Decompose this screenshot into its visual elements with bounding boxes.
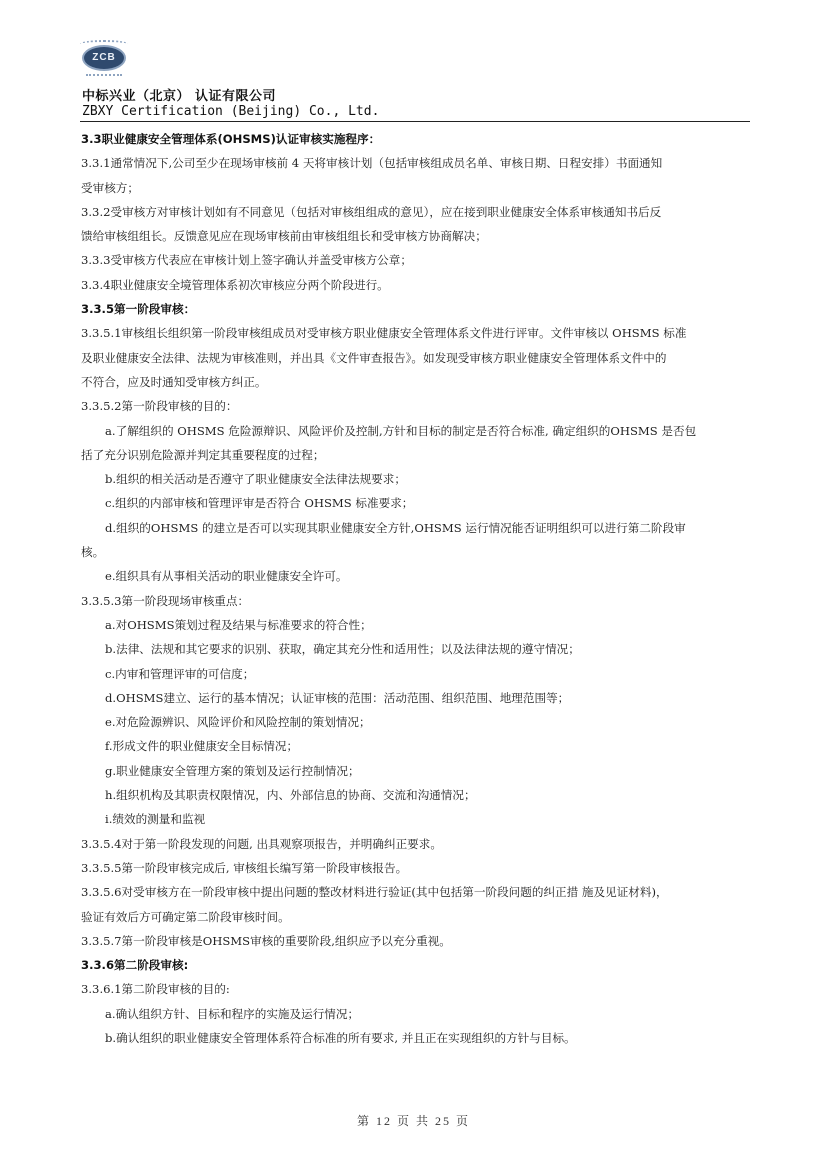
paragraph-line: 及职业健康安全法律、法规为审核准则，并出具《文件审查报告》。如发现受审核方职业健… [81,346,753,370]
paragraph-line: 3.3.5.4对于第一阶段发现的问题, 出具观察项报告，并明确纠正要求。 [81,832,753,856]
paragraph-line: a.了解组织的 OHSMS 危险源辩识、风险评价及控制,方针和目标的制定是否符合… [81,419,753,443]
paragraph-line: 不符合，应及时通知受审核方纠正。 [81,370,753,394]
paragraph-line: d.OHSMS建立、运行的基本情况；认证审核的范围：活动范围、组织范围、地理范围… [81,686,753,710]
paragraph-line: 受审核方； [81,176,753,200]
paragraph-line: e.对危险源辨识、风险评价和风险控制的策划情况； [81,710,753,734]
paragraph-line: d.组织的OHSMS 的建立是否可以实现其职业健康安全方针,OHSMS 运行情况… [81,516,753,540]
section-heading: 3.3.5第一阶段审核： [81,297,753,321]
paragraph-line: 3.3.4职业健康安全境管理体系初次审核应分两个阶段进行。 [81,273,753,297]
logo-emblem: ZCB [82,45,126,71]
paragraph-line: i.绩效的测量和监视 [81,807,753,831]
paragraph-line: g.职业健康安全管理方案的策划及运行控制情况； [81,759,753,783]
paragraph-line: 馈给审核组组长。反馈意见应在现场审核前由审核组组长和受审核方协商解决； [81,224,753,248]
company-name-cn: 中标兴业（北京） 认证有限公司 [82,85,276,104]
paragraph-line: f.形成文件的职业健康安全目标情况； [81,734,753,758]
company-name-en: ZBXY Certification (Beijing) Co., Ltd. [82,104,379,119]
paragraph-line: 3.3.6.1第二阶段审核的目的: [81,977,753,1001]
section-heading: 3.3职业健康安全管理体系(OHSMS)认证审核实施程序： [81,127,753,151]
paragraph-line: 3.3.5.7第一阶段审核是OHSMS审核的重要阶段,组织应予以充分重视。 [81,929,753,953]
paragraph-line: 3.3.5.6对受审核方在一阶段审核中提出问题的整改材料进行验证(其中包括第一阶… [81,880,753,904]
paragraph-line: a.对OHSMS策划过程及结果与标准要求的符合性； [81,613,753,637]
paragraph-line: 括了充分识别危险源并判定其重要程度的过程； [81,443,753,467]
paragraph-line: 3.3.2受审核方对审核计划如有不同意见（包括对审核组组成的意见），应在接到职业… [81,200,753,224]
paragraph-line: b.法律、法规和其它要求的识别、获取，确定其充分性和适用性；以及法律法规的遵守情… [81,637,753,661]
company-logo: ZCB [78,40,130,76]
paragraph-line: a.确认组织方针、目标和程序的实施及运行情况； [81,1002,753,1026]
paragraph-line: 3.3.1通常情况下,公司至少在现场审核前 4 天将审核计划（包括审核组成员名单… [81,151,753,175]
paragraph-line: c.组织的内部审核和管理评审是否符合 OHSMS 标准要求； [81,491,753,515]
paragraph-line: c.内审和管理评审的可信度； [81,662,753,686]
paragraph-line: 3.3.5.3第一阶段现场审核重点： [81,589,753,613]
section-heading: 3.3.6第二阶段审核: [81,953,753,977]
paragraph-line: 验证有效后方可确定第二阶段审核时间。 [81,905,753,929]
page-number: 第 12 页 共 25 页 [0,1112,827,1129]
paragraph-line: 3.3.5.1审核组长组织第一阶段审核组成员对受审核方职业健康安全管理体系文件进… [81,321,753,345]
paragraph-line: 3.3.5.5第一阶段审核完成后, 审核组长编写第一阶段审核报告。 [81,856,753,880]
header-divider [80,121,750,122]
paragraph-line: 核。 [81,540,753,564]
paragraph-line: e.组织具有从事相关活动的职业健康安全许可。 [81,564,753,588]
document-body: 3.3职业健康安全管理体系(OHSMS)认证审核实施程序：3.3.1通常情况下,… [81,127,753,1050]
paragraph-line: 3.3.3受审核方代表应在审核计划上签字确认并盖受审核方公章； [81,248,753,272]
paragraph-line: 3.3.5.2第一阶段审核的目的： [81,394,753,418]
logo-ring-bottom [86,71,122,76]
paragraph-line: b.确认组织的职业健康安全管理体系符合标准的所有要求, 并且正在实现组织的方针与… [81,1026,753,1050]
paragraph-line: h.组织机构及其职责权限情况，内、外部信息的协商、交流和沟通情况； [81,783,753,807]
paragraph-line: b.组织的相关活动是否遵守了职业健康安全法律法规要求； [81,467,753,491]
